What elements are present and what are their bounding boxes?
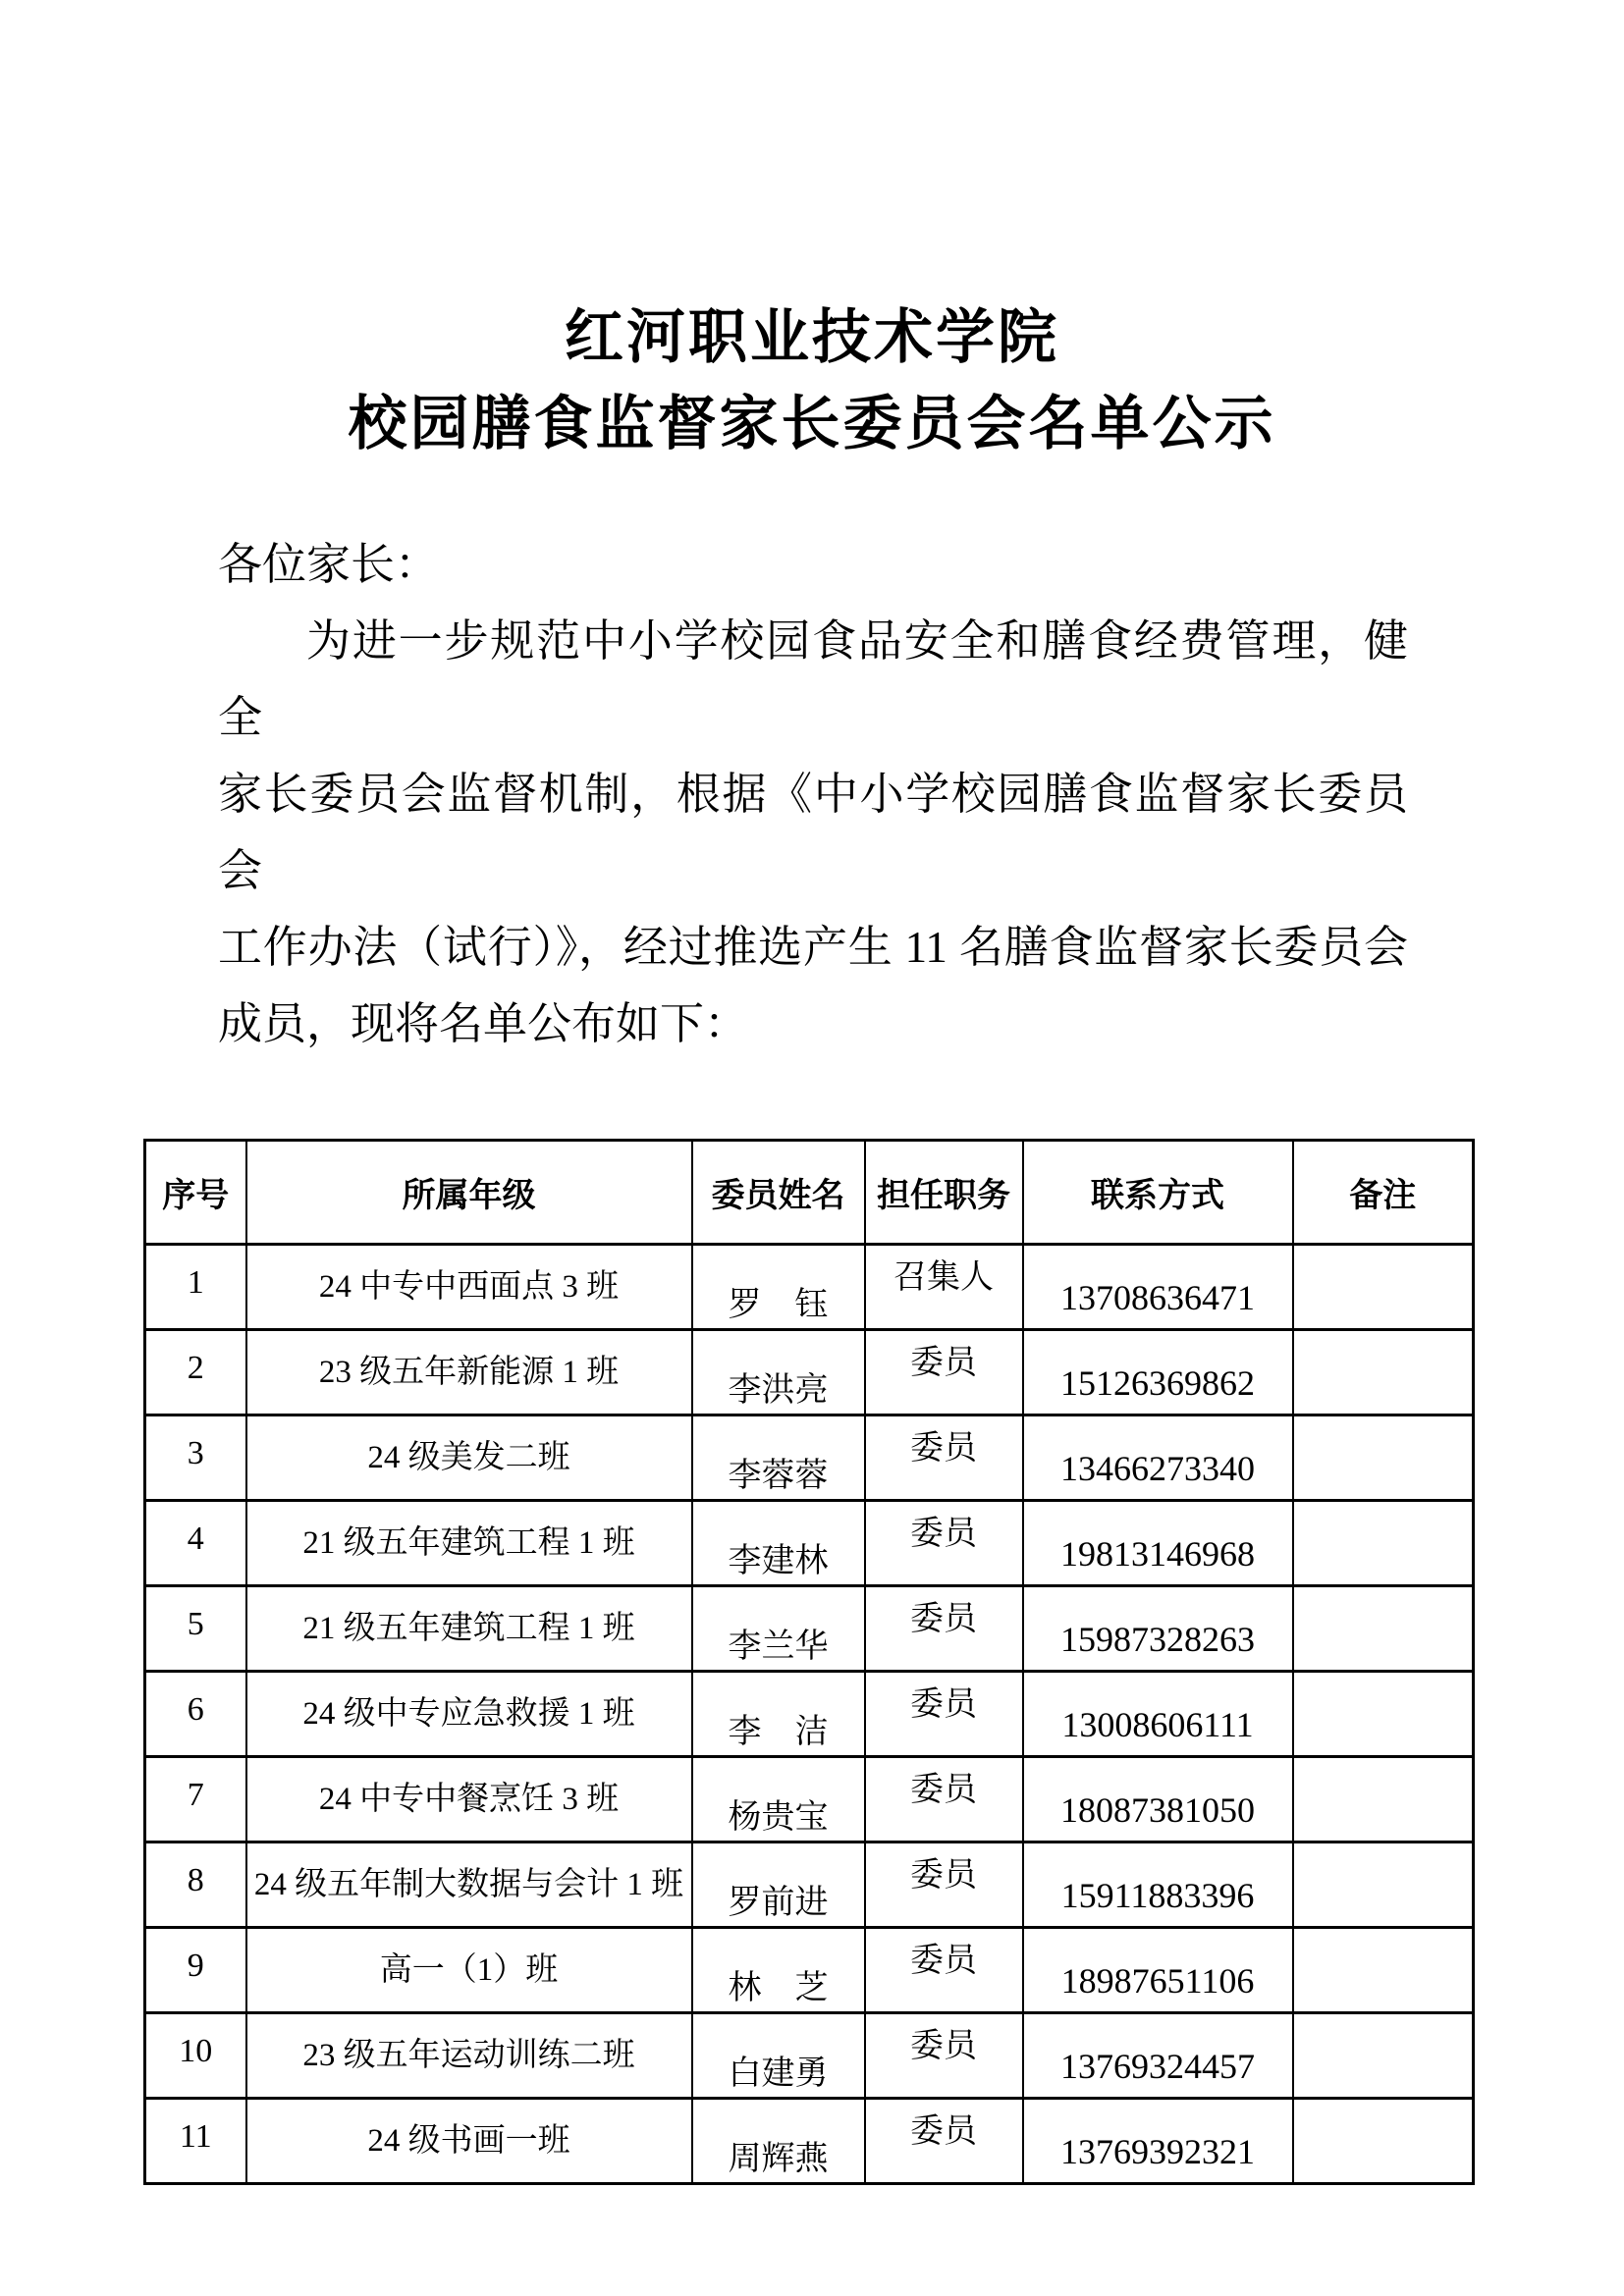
col-header-note: 备注	[1293, 1141, 1474, 1245]
col-header-grade: 所属年级	[246, 1141, 692, 1245]
cell-role: 委员	[865, 1928, 1023, 2013]
cell-note	[1293, 2013, 1474, 2099]
table-row: 10 23 级五年运动训练二班 白建勇 委员 13769324457	[145, 2013, 1474, 2099]
cell-serial: 11	[145, 2099, 246, 2184]
cell-serial: 10	[145, 2013, 246, 2099]
serial-value: 6	[188, 1691, 204, 1729]
cell-name: 李蓉蓉	[692, 1415, 865, 1501]
cell-phone: 15987328263	[1023, 1586, 1293, 1672]
cell-name: 杨贵宝	[692, 1757, 865, 1842]
role-value: 委员	[910, 1847, 977, 1896]
cell-role: 委员	[865, 1330, 1023, 1415]
table-row: 2 23 级五年新能源 1 班 李洪亮 委员 15126369862	[145, 1330, 1474, 1415]
cell-grade: 24 中专中西面点 3 班	[246, 1245, 692, 1330]
cell-name: 李建林	[692, 1501, 865, 1586]
cell-grade: 24 中专中餐烹饪 3 班	[246, 1757, 692, 1842]
body-text-block: 各位家长： 为进一步规范中小学校园食品安全和膳食经费管理，健全 家长委员会监督机…	[218, 526, 1408, 1062]
phone-value: 13769324457	[1060, 2046, 1255, 2087]
table-row: 6 24 级中专应急救援 1 班 李 洁 委员 13008606111	[145, 1672, 1474, 1757]
cell-grade: 高一（1）班	[246, 1928, 692, 2013]
cell-grade: 24 级五年制大数据与会计 1 班	[246, 1842, 692, 1928]
cell-name: 李兰华	[692, 1586, 865, 1672]
phone-value: 13708636471	[1060, 1277, 1255, 1318]
name-value: 白建勇	[729, 2046, 829, 2094]
phone-value: 13769392321	[1060, 2131, 1255, 2172]
cell-serial: 3	[145, 1415, 246, 1501]
name-value: 李 洁	[729, 1704, 829, 1752]
table-row: 7 24 中专中餐烹饪 3 班 杨贵宝 委员 18087381050	[145, 1757, 1474, 1842]
role-value: 委员	[910, 2018, 977, 2066]
cell-phone: 18987651106	[1023, 1928, 1293, 2013]
cell-serial: 2	[145, 1330, 246, 1415]
document-title-line2: 校园膳食监督家长委员会名单公示	[0, 381, 1624, 467]
phone-value: 15987328263	[1060, 1619, 1255, 1660]
serial-value: 2	[188, 1350, 204, 1387]
table-row: 1 24 中专中西面点 3 班 罗 钰 召集人 13708636471	[145, 1245, 1474, 1330]
cell-role: 委员	[865, 1672, 1023, 1757]
cell-grade: 24 级书画一班	[246, 2099, 692, 2184]
role-value: 委员	[910, 1933, 977, 1981]
committee-roster-table: 序号 所属年级 委员姓名 担任职务 联系方式 备注 1 24 中专中西面点 3 …	[143, 1139, 1475, 2185]
cell-phone: 15911883396	[1023, 1842, 1293, 1928]
grade-value: 21 级五年建筑工程 1 班	[302, 1602, 634, 1648]
cell-role: 召集人	[865, 1245, 1023, 1330]
cell-grade: 23 级五年新能源 1 班	[246, 1330, 692, 1415]
table-header-row: 序号 所属年级 委员姓名 担任职务 联系方式 备注	[145, 1141, 1474, 1245]
serial-value: 8	[188, 1862, 204, 1899]
phone-value: 15126369862	[1060, 1362, 1255, 1404]
paragraph-line-3: 工作办法（试行）》，经过推选产生 11 名膳食监督家长委员会	[218, 909, 1408, 986]
cell-note	[1293, 1928, 1474, 2013]
cell-name: 林 芝	[692, 1928, 865, 2013]
col-header-serial: 序号	[145, 1141, 246, 1245]
table-row: 8 24 级五年制大数据与会计 1 班 罗前进 委员 15911883396	[145, 1842, 1474, 1928]
cell-phone: 13708636471	[1023, 1245, 1293, 1330]
grade-value: 高一（1）班	[380, 1944, 559, 1990]
cell-name: 李 洁	[692, 1672, 865, 1757]
cell-role: 委员	[865, 1842, 1023, 1928]
document-title-line1: 红河职业技术学院	[0, 294, 1624, 381]
table-row: 9 高一（1）班 林 芝 委员 18987651106	[145, 1928, 1474, 2013]
cell-grade: 21 级五年建筑工程 1 班	[246, 1586, 692, 1672]
phone-value: 18087381050	[1060, 1789, 1255, 1831]
role-value: 委员	[910, 1506, 977, 1554]
serial-value: 10	[179, 2033, 212, 2070]
cell-note	[1293, 1586, 1474, 1672]
grade-value: 24 中专中餐烹饪 3 班	[319, 1773, 619, 1819]
salutation: 各位家长：	[218, 526, 1408, 603]
cell-role: 委员	[865, 1501, 1023, 1586]
col-header-role: 担任职务	[865, 1141, 1023, 1245]
cell-grade: 21 级五年建筑工程 1 班	[246, 1501, 692, 1586]
cell-grade: 23 级五年运动训练二班	[246, 2013, 692, 2099]
cell-serial: 7	[145, 1757, 246, 1842]
cell-phone: 18087381050	[1023, 1757, 1293, 1842]
grade-value: 23 级五年运动训练二班	[302, 2029, 634, 2075]
cell-role: 委员	[865, 1586, 1023, 1672]
cell-phone: 13769392321	[1023, 2099, 1293, 2184]
paragraph-line-2: 家长委员会监督机制，根据《中小学校园膳食监督家长委员会	[218, 756, 1408, 909]
name-value: 罗 钰	[729, 1277, 829, 1325]
table-row: 3 24 级美发二班 李蓉蓉 委员 13466273340	[145, 1415, 1474, 1501]
cell-phone: 13769324457	[1023, 2013, 1293, 2099]
name-value: 李建林	[729, 1533, 829, 1581]
role-value: 召集人	[893, 1250, 994, 1298]
cell-role: 委员	[865, 2013, 1023, 2099]
grade-value: 24 级中专应急救援 1 班	[302, 1687, 634, 1734]
cell-note	[1293, 1501, 1474, 1586]
phone-value: 19813146968	[1060, 1533, 1255, 1575]
cell-note	[1293, 2099, 1474, 2184]
cell-serial: 6	[145, 1672, 246, 1757]
grade-value: 21 级五年建筑工程 1 班	[302, 1517, 634, 1563]
cell-note	[1293, 1757, 1474, 1842]
serial-value: 5	[188, 1606, 204, 1643]
table-row: 4 21 级五年建筑工程 1 班 李建林 委员 19813146968	[145, 1501, 1474, 1586]
col-header-phone: 联系方式	[1023, 1141, 1293, 1245]
table-row: 5 21 级五年建筑工程 1 班 李兰华 委员 15987328263	[145, 1586, 1474, 1672]
cell-name: 罗前进	[692, 1842, 865, 1928]
cell-phone: 19813146968	[1023, 1501, 1293, 1586]
cell-note	[1293, 1842, 1474, 1928]
cell-grade: 24 级中专应急救援 1 班	[246, 1672, 692, 1757]
paragraph-line-4: 成员，现将名单公布如下：	[218, 986, 1408, 1062]
serial-value: 4	[188, 1521, 204, 1558]
cell-note	[1293, 1672, 1474, 1757]
role-value: 委员	[910, 2104, 977, 2152]
cell-grade: 24 级美发二班	[246, 1415, 692, 1501]
role-value: 委员	[910, 1335, 977, 1383]
name-value: 林 芝	[729, 1960, 829, 2008]
table-row: 11 24 级书画一班 周辉燕 委员 13769392321	[145, 2099, 1474, 2184]
cell-role: 委员	[865, 2099, 1023, 2184]
cell-phone: 13466273340	[1023, 1415, 1293, 1501]
grade-value: 24 中专中西面点 3 班	[319, 1260, 619, 1307]
role-value: 委员	[910, 1677, 977, 1725]
name-value: 罗前进	[729, 1875, 829, 1923]
serial-value: 9	[188, 1948, 204, 1985]
cell-role: 委员	[865, 1757, 1023, 1842]
cell-note	[1293, 1330, 1474, 1415]
cell-serial: 5	[145, 1586, 246, 1672]
paragraph-line-1: 为进一步规范中小学校园食品安全和膳食经费管理，健全	[218, 603, 1408, 756]
grade-value: 24 级五年制大数据与会计 1 班	[254, 1858, 683, 1904]
name-value: 李兰华	[729, 1619, 829, 1667]
cell-serial: 1	[145, 1245, 246, 1330]
cell-phone: 13008606111	[1023, 1672, 1293, 1757]
cell-serial: 9	[145, 1928, 246, 2013]
col-header-name: 委员姓名	[692, 1141, 865, 1245]
phone-value: 15911883396	[1061, 1875, 1255, 1916]
serial-value: 11	[180, 2118, 212, 2156]
role-value: 委员	[910, 1762, 977, 1810]
role-value: 委员	[910, 1420, 977, 1468]
grade-value: 23 级五年新能源 1 班	[319, 1346, 619, 1392]
phone-value: 13008606111	[1061, 1704, 1253, 1745]
cell-note	[1293, 1245, 1474, 1330]
cell-note	[1293, 1415, 1474, 1501]
cell-name: 李洪亮	[692, 1330, 865, 1415]
cell-phone: 15126369862	[1023, 1330, 1293, 1415]
cell-name: 周辉燕	[692, 2099, 865, 2184]
phone-value: 13466273340	[1060, 1448, 1255, 1489]
cell-role: 委员	[865, 1415, 1023, 1501]
cell-name: 罗 钰	[692, 1245, 865, 1330]
name-value: 杨贵宝	[729, 1789, 829, 1838]
cell-serial: 4	[145, 1501, 246, 1586]
name-value: 李蓉蓉	[729, 1448, 829, 1496]
serial-value: 7	[188, 1777, 204, 1814]
cell-name: 白建勇	[692, 2013, 865, 2099]
grade-value: 24 级书画一班	[367, 2114, 569, 2161]
serial-value: 3	[188, 1435, 204, 1472]
name-value: 周辉燕	[729, 2131, 829, 2179]
document-page: 红河职业技术学院 校园膳食监督家长委员会名单公示 各位家长： 为进一步规范中小学…	[0, 0, 1624, 2296]
cell-serial: 8	[145, 1842, 246, 1928]
name-value: 李洪亮	[729, 1362, 829, 1411]
grade-value: 24 级美发二班	[367, 1431, 569, 1477]
serial-value: 1	[188, 1264, 204, 1302]
phone-value: 18987651106	[1061, 1960, 1255, 2002]
role-value: 委员	[910, 1591, 977, 1639]
